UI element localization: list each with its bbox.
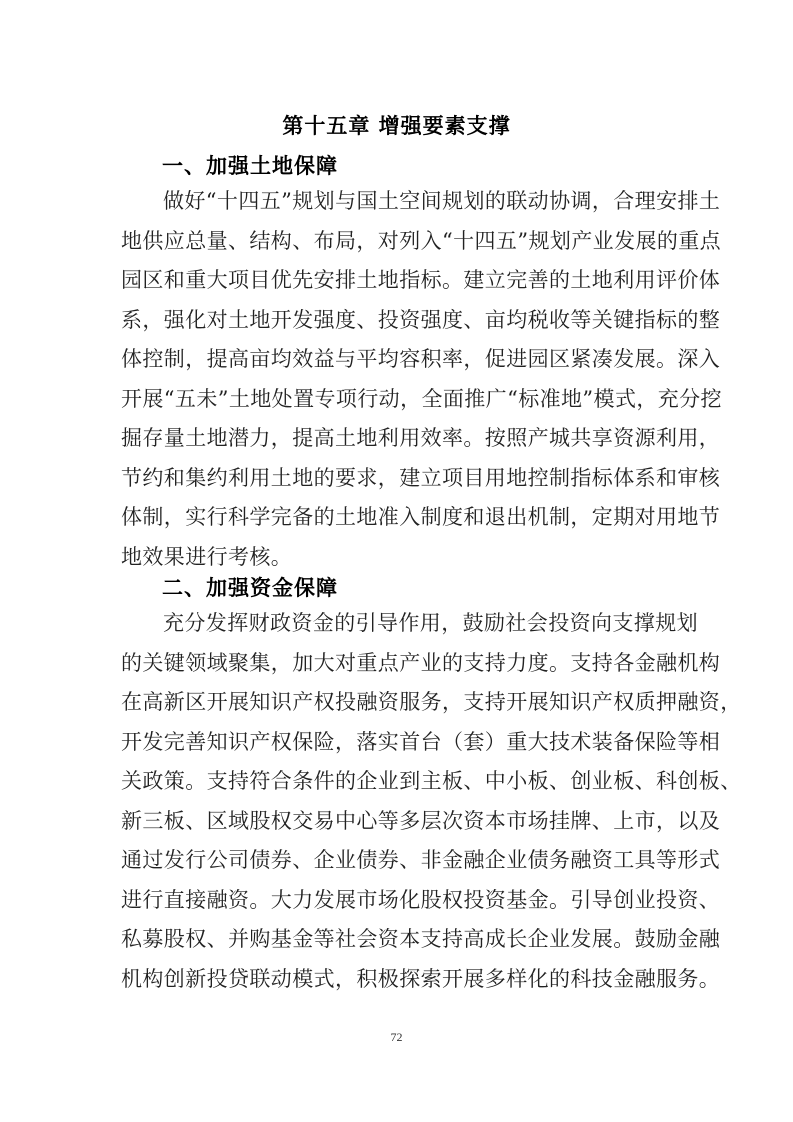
text-line: 充分发挥财政资金的引导作用，鼓励社会投资向支撑规划 [121,604,673,644]
section-heading-funding: 二、加强资金保障 [162,572,338,602]
text-line: 开展“五未”土地处置专项行动，全面推广“标准地”模式，充分挖 [121,380,673,420]
text-line: 体制，实行科学完备的土地准入制度和退出机制，定期对用地节 [121,498,673,538]
paragraph-land: 做好“十四五”规划与国土空间规划的联动协调，合理安排土 地供应总量、结构、布局，… [121,182,673,577]
text-line: 系，强化对土地开发强度、投资强度、亩均税收等关键指标的整 [121,301,673,341]
text-line: 做好“十四五”规划与国土空间规划的联动协调，合理安排土 [121,182,673,222]
text-line: 进行直接融资。大力发展市场化股权投资基金。引导创业投资、 [121,881,673,921]
text-line: 体控制，提高亩均效益与平均容积率，促进园区紧凑发展。深入 [121,340,673,380]
paragraph-funding: 充分发挥财政资金的引导作用，鼓励社会投资向支撑规划 的关键领域聚集，加大对重点产… [121,604,673,999]
page-number: 72 [0,1030,793,1045]
text-line: 园区和重大项目优先安排土地指标。建立完善的土地利用评价体 [121,261,673,301]
text-line: 机构创新投贷联动模式，积极探索开展多样化的科技金融服务。 [121,960,673,1000]
text-line: 开发完善知识产权保险，落实首台（套）重大技术装备保险等相 [121,723,673,763]
text-line: 节约和集约利用土地的要求，建立项目用地控制指标体系和审核 [121,459,673,499]
text-line: 在高新区开展知识产权投融资服务，支持开展知识产权质押融资， [121,683,673,723]
text-line: 掘存量土地潜力，提高土地利用效率。按照产城共享资源利用， [121,419,673,459]
section-heading-land: 一、加强土地保障 [162,150,338,180]
text-line: 新三板、区域股权交易中心等多层次资本市场挂牌、上市，以及 [121,802,673,842]
text-line: 通过发行公司债券、企业债券、非金融企业债务融资工具等形式 [121,841,673,881]
text-line: 地供应总量、结构、布局，对列入“十四五”规划产业发展的重点 [121,222,673,262]
text-line: 私募股权、并购基金等社会资本支持高成长企业发展。鼓励金融 [121,920,673,960]
text-line: 的关键领域聚集，加大对重点产业的支持力度。支持各金融机构 [121,644,673,684]
chapter-title: 第十五章 增强要素支撑 [0,110,793,140]
document-page: 第十五章 增强要素支撑 一、加强土地保障 做好“十四五”规划与国土空间规划的联动… [0,0,793,1122]
text-line: 关政策。支持符合条件的企业到主板、中小板、创业板、科创板、 [121,762,673,802]
